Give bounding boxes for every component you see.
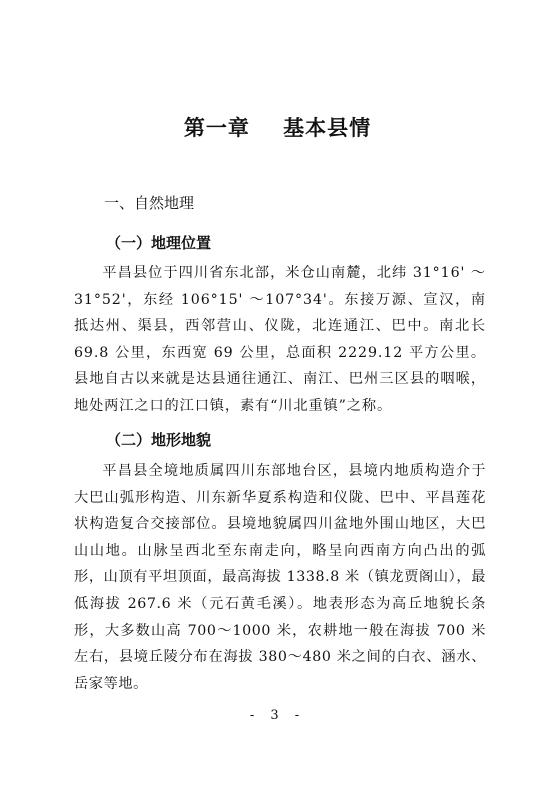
- page-number: - 3 -: [0, 708, 555, 723]
- paragraph-terrain: 平昌县全境地质属四川东部地台区，县境内地质构造介于大巴山弧形构造、川东新华夏系构…: [74, 458, 486, 697]
- document-page: 第一章 基本县情 一、自然地理 （一）地理位置 平昌县位于四川省东北部，米仓山南…: [0, 0, 555, 785]
- chapter-title: 第一章 基本县情: [0, 112, 555, 142]
- subsection-heading-location: （一）地理位置: [106, 232, 211, 253]
- section-heading: 一、自然地理: [104, 192, 194, 213]
- paragraph-location: 平昌县位于四川省东北部，米仓山南麓，北纬 31°16' ～31°52'，东经 1…: [74, 260, 486, 420]
- subsection-heading-terrain: （二）地形地貌: [106, 429, 211, 450]
